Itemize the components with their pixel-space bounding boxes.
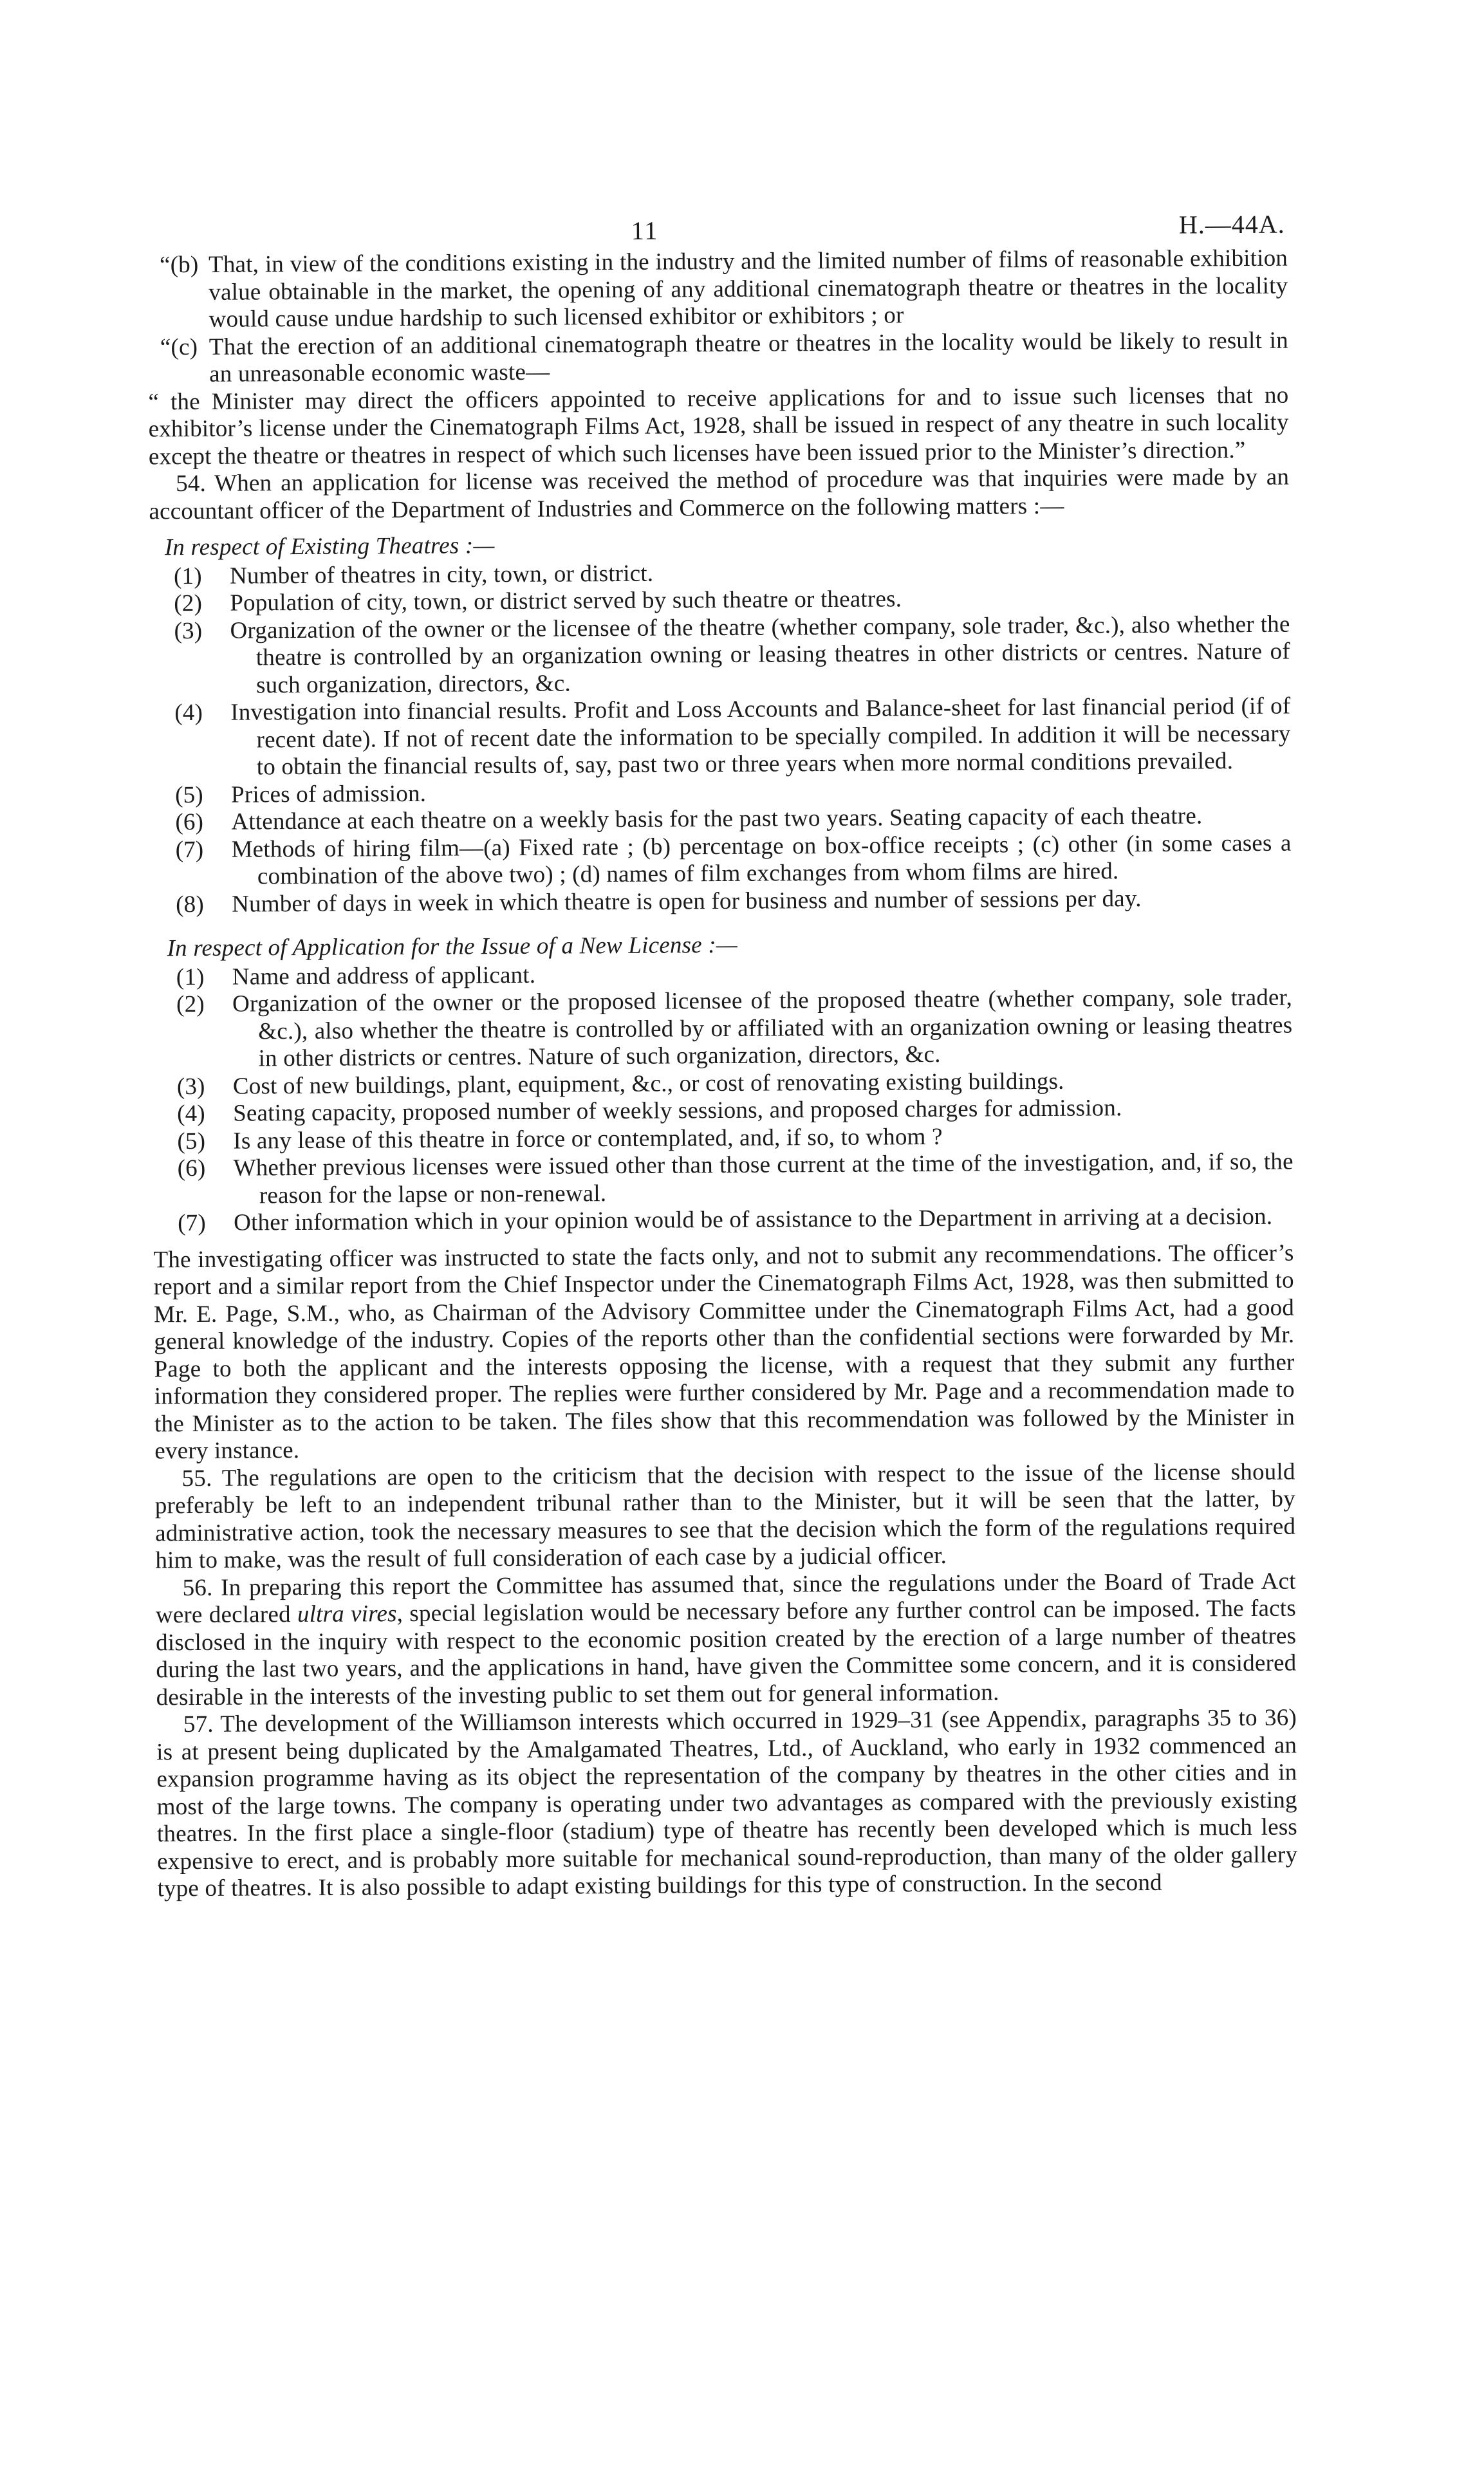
- new-license-item-2-number: (2): [202, 991, 205, 1019]
- new-license-item-6-text: Whether previous licenses were issued ot…: [234, 1149, 1294, 1209]
- paragraph-minister-direction: “ the Minister may direct the officers a…: [148, 382, 1289, 470]
- paragraph-56: 56. In preparing this report the Committ…: [156, 1568, 1297, 1711]
- existing-item-6-text: Attendance at each theatre on a weekly b…: [231, 802, 1202, 835]
- existing-item-3-text: Organization of the owner or the license…: [230, 611, 1290, 698]
- new-license-item-7: (7) Other information which in your opin…: [259, 1203, 1294, 1237]
- page-content: 11 H.—44A. “(b) That, in view of the con…: [147, 208, 1298, 1903]
- new-license-item-1-number: (1): [202, 963, 205, 991]
- clause-b-text: That, in view of the conditions existing…: [209, 245, 1288, 333]
- existing-item-7-text: Methods of hiring film—(a) Fixed rate ; …: [232, 830, 1292, 889]
- new-license-item-4-text: Seating capacity, proposed number of wee…: [233, 1095, 1122, 1126]
- existing-item-2-text: Population of city, town, or district se…: [230, 586, 902, 616]
- paragraph-54: 54. When an application for license was …: [149, 464, 1289, 526]
- clause-c-text: That the erection of an additional cinem…: [209, 327, 1288, 387]
- new-license-item-3-number: (3): [203, 1073, 205, 1100]
- existing-item-3: (3) Organization of the owner or the lic…: [255, 611, 1290, 699]
- existing-item-1-text: Number of theatres in city, town, or dis…: [230, 560, 654, 589]
- new-license-item-7-number: (7): [203, 1210, 206, 1238]
- existing-item-6-number: (6): [201, 809, 203, 837]
- new-license-item-6-number: (6): [203, 1155, 206, 1183]
- new-license-item-5-number: (5): [203, 1127, 205, 1155]
- clause-b: “(b) That, in view of the conditions exi…: [209, 245, 1288, 334]
- existing-item-8-number: (8): [201, 891, 204, 918]
- existing-item-2-number: (2): [199, 590, 202, 618]
- new-license-item-2-text: Organization of the owner or the propose…: [232, 985, 1292, 1072]
- paragraph-57: 57. The development of the Williamson in…: [156, 1705, 1298, 1903]
- page-header: 11 H.—44A.: [147, 208, 1288, 252]
- doc-reference: H.—44A.: [1179, 210, 1285, 239]
- new-license-item-4-number: (4): [203, 1100, 205, 1128]
- scanned-report-page: 11 H.—44A. “(b) That, in view of the con…: [0, 0, 1484, 2477]
- latin-phrase-ultra-vires: ultra vires: [297, 1600, 397, 1628]
- existing-item-7-number: (7): [201, 836, 204, 864]
- existing-item-4-text: Investigation into financial results. Pr…: [230, 693, 1290, 781]
- new-license-item-5-text: Is any lease of this theatre in force or…: [233, 1123, 942, 1154]
- new-license-item-2: (2) Organization of the owner or the pro…: [258, 985, 1293, 1073]
- existing-item-5-number: (5): [201, 781, 203, 809]
- page-number: 11: [631, 217, 659, 245]
- paragraph-55: 55. The regulations are open to the crit…: [154, 1458, 1295, 1575]
- existing-item-3-number: (3): [199, 617, 202, 645]
- clause-c: “(c) That the erection of an additional …: [209, 327, 1288, 388]
- new-license-item-1-text: Name and address of applicant.: [232, 961, 536, 990]
- existing-item-8: (8) Number of days in week in which thea…: [257, 884, 1292, 918]
- existing-item-8-text: Number of days in week in which theatre …: [232, 886, 1142, 918]
- new-license-item-3-text: Cost of new buildings, plant, equipment,…: [233, 1068, 1064, 1099]
- paragraph-investigation-report: The investigating officer was instructed…: [153, 1239, 1295, 1465]
- clause-c-label: “(c): [160, 333, 198, 361]
- new-license-item-7-text: Other information which in your opinion …: [234, 1203, 1272, 1236]
- existing-item-5-text: Prices of admission.: [231, 780, 426, 808]
- clause-b-label: “(b): [160, 252, 199, 279]
- existing-item-7: (7) Methods of hiring film—(a) Fixed rat…: [257, 830, 1292, 891]
- existing-item-4: (4) Investigation into financial results…: [256, 693, 1291, 781]
- existing-item-4-number: (4): [200, 700, 203, 727]
- new-license-item-6: (6) Whether previous licenses were issue…: [259, 1149, 1294, 1210]
- existing-item-1-number: (1): [199, 562, 202, 590]
